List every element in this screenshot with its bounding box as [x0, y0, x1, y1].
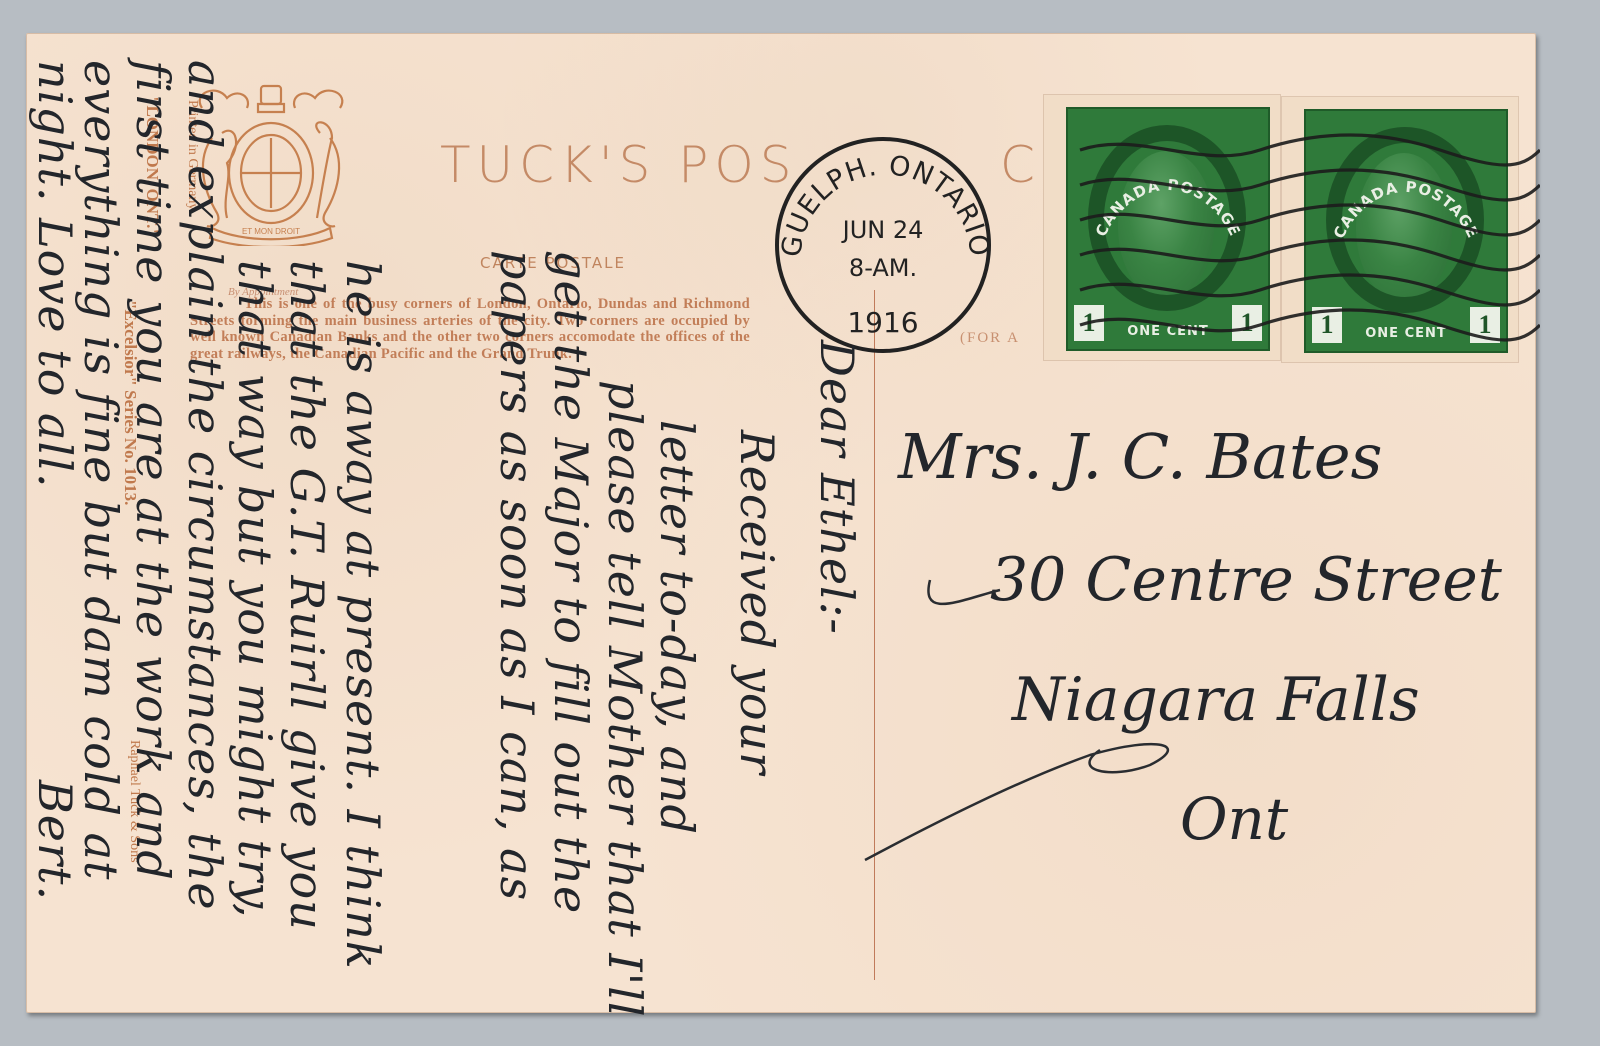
svg-text:ET MON DROIT: ET MON DROIT — [242, 227, 300, 236]
svg-text:1916: 1916 — [847, 306, 918, 339]
message-line: first time you are at the work and — [130, 60, 176, 881]
stamp-value-right: 1 — [1470, 307, 1500, 343]
brand-trailing-letter: C — [1000, 136, 1041, 194]
message-line: that the G.T. Ruirll give you — [284, 260, 330, 931]
guelph-postmark: GUELPH. ONTARIO JUN 24 8-AM. 1916 — [768, 130, 998, 360]
message-line: Received your — [734, 430, 780, 775]
message-line: that way but you might try, — [232, 260, 278, 919]
message-line: night. Love to all. — [32, 60, 78, 489]
svg-text:8-AM.: 8-AM. — [849, 254, 917, 282]
message-line: and explain the circumstances, the — [182, 60, 228, 911]
stamp-value-left: 1 — [1074, 305, 1104, 341]
address-divider-line — [874, 290, 875, 980]
message-line: he is away at present. I think — [340, 260, 386, 970]
message-line: papers as soon as I can, as — [494, 250, 540, 901]
message-line: get the Major to fill out the — [548, 250, 594, 914]
message-signature: Bert. — [32, 780, 78, 901]
address-street: 30 Centre Street — [990, 545, 1502, 615]
address-recipient: Mrs. J. C. Bates — [898, 420, 1382, 493]
address-city: Niagara Falls — [1012, 665, 1420, 735]
stamp-1: CANADA POSTAGE 1 1 ONE CENT — [1044, 95, 1280, 360]
stamp-2: CANADA POSTAGE 1 1 ONE CENT — [1282, 97, 1518, 362]
stamp-denomination: ONE CENT — [1116, 325, 1220, 339]
stamp-value-right: 1 — [1232, 305, 1262, 341]
svg-text:CANADA POSTAGE: CANADA POSTAGE — [1092, 176, 1244, 240]
svg-text:CANADA POSTAGE: CANADA POSTAGE — [1330, 178, 1482, 242]
message-line: please tell Mother that I'll — [602, 380, 648, 1018]
message-salutation: Dear Ethel:- — [814, 340, 860, 635]
message-line: everything is fine but dam cold at — [78, 60, 124, 881]
message-line: letter to-day, and — [654, 420, 700, 835]
stamp-value-left: 1 — [1312, 307, 1342, 343]
svg-text:JUN 24: JUN 24 — [841, 216, 924, 244]
stamp-denomination: ONE CENT — [1354, 327, 1458, 341]
publisher-brand: TUCK'S POS — [440, 136, 797, 194]
address-province: Ont — [1180, 785, 1288, 853]
